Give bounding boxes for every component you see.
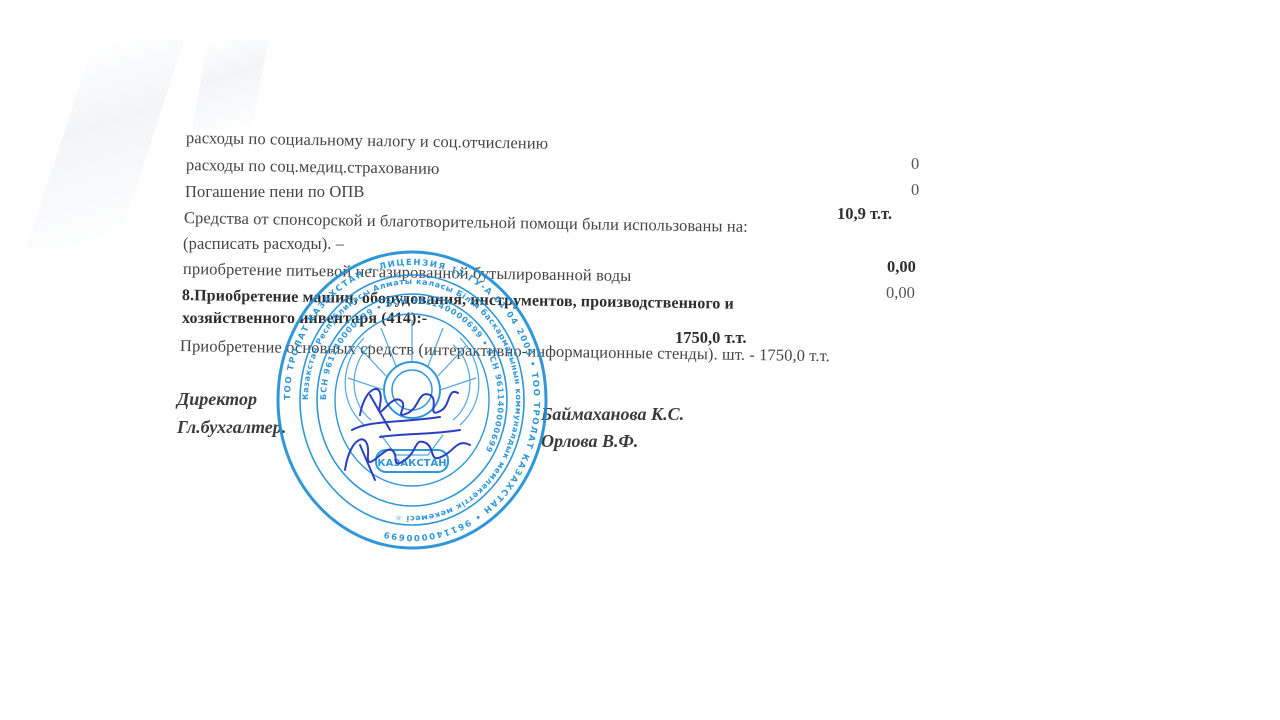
- value-water-purchase-bold: 0,00: [887, 259, 916, 276]
- value-water-purchase: 0,00: [886, 285, 915, 302]
- doc-line-sponsor-funds: Средства от спонсорской и благотворитель…: [184, 210, 748, 235]
- value-opv-penalty: 0: [911, 182, 919, 199]
- doc-line-describe-expenses: (расписать расходы). –: [183, 236, 344, 253]
- scan-artifact: [192, 40, 268, 130]
- accountant-title: Гл.бухгалтер.: [177, 418, 286, 436]
- value-sponsor-funds: 10,9 т.т.: [837, 206, 892, 223]
- doc-line-social-tax: расходы по социальному налогу и соц.отчи…: [186, 130, 548, 152]
- doc-line-opv-penalty: Погашение пени по ОПВ: [185, 184, 364, 201]
- scanned-document-page: расходы по социальному налогу и соц.отчи…: [0, 0, 1280, 720]
- doc-line-section8-title: 8.Приобретение машин, оборудования, инст…: [182, 288, 734, 313]
- svg-text:КАЗАКСТАН: КАЗАКСТАН: [377, 458, 446, 469]
- handwritten-signature-icon: [330, 375, 480, 485]
- director-name: Баймаханова К.С.: [541, 405, 684, 423]
- accountant-name: Орлова В.Ф.: [541, 432, 638, 450]
- doc-line-section8-title-cont: хозяйственного инвентаря (414):-: [182, 311, 427, 327]
- director-title: Директор: [177, 390, 257, 408]
- doc-line-water-purchase: приобретение питьевой негазированной бут…: [183, 261, 632, 285]
- doc-line-med-insurance: расходы по соц.медиц.страхованию: [186, 157, 440, 177]
- scan-artifact: [26, 40, 184, 250]
- value-med-insurance: 0: [911, 156, 919, 173]
